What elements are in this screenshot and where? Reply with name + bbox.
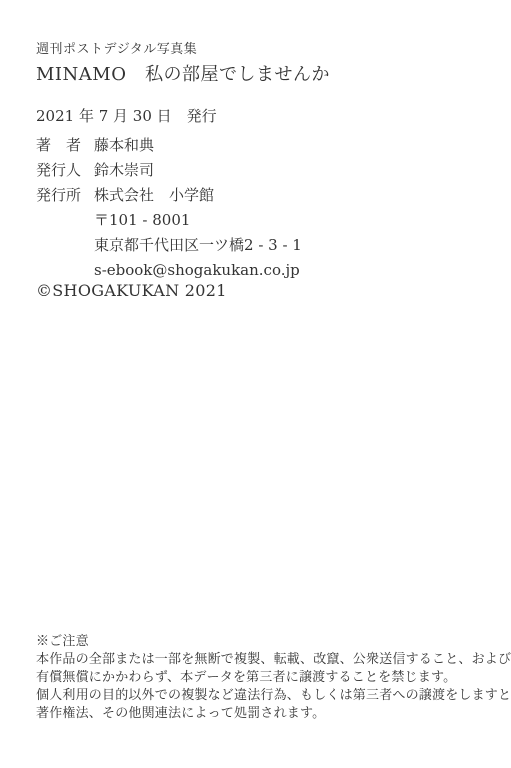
credit-row-publisher: 発行所 株式会社 小学館: [36, 183, 302, 208]
publisher-street-address: 東京都千代田区一ツ橋2 - 3 - 1: [36, 233, 302, 258]
credit-row-issuer: 発行人 鈴木崇司: [36, 158, 302, 183]
caution-line-1: 本作品の全部または一部を無断で複製、転載、改竄、公衆送信すること、および: [36, 651, 511, 669]
caution-line-2: 有償無償にかかわらず、本データを第三者に譲渡することを禁じます。: [36, 669, 511, 687]
colophon-page: 週刊ポストデジタル写真集 MINAMO 私の部屋でしませんか 2021 年 7 …: [0, 0, 511, 768]
title-block: 週刊ポストデジタル写真集 MINAMO 私の部屋でしませんか: [36, 41, 330, 86]
book-title: MINAMO 私の部屋でしませんか: [36, 64, 330, 86]
credit-value-publisher: 株式会社 小学館: [94, 183, 214, 208]
credit-label-issuer: 発行人: [36, 158, 94, 183]
series-name: 週刊ポストデジタル写真集: [36, 41, 330, 58]
caution-notice: ※ご注意 本作品の全部または一部を無断で複製、転載、改竄、公衆送信すること、およ…: [36, 633, 511, 723]
credit-value-author: 藤本和典: [94, 133, 154, 158]
publication-info: 2021 年 7 月 30 日 発行 著 者 藤本和典 発行人 鈴木崇司 発行所…: [36, 104, 302, 283]
caution-heading: ※ご注意: [36, 633, 511, 651]
publisher-email: s-ebook@shogakukan.co.jp: [36, 258, 302, 283]
copyright-notice: ©SHOGAKUKAN 2021: [36, 281, 227, 300]
credit-label-author: 著 者: [36, 133, 94, 158]
caution-line-3: 個人利用の目的以外での複製など違法行為、もしくは第三者への譲渡をしますと: [36, 687, 511, 705]
credit-label-publisher: 発行所: [36, 183, 94, 208]
caution-line-4: 著作権法、その他関連法によって処罰されます。: [36, 705, 511, 723]
publisher-postal-code: 〒101 - 8001: [36, 208, 302, 233]
publication-date: 2021 年 7 月 30 日 発行: [36, 104, 302, 129]
credit-value-issuer: 鈴木崇司: [94, 158, 154, 183]
credit-row-author: 著 者 藤本和典: [36, 133, 302, 158]
